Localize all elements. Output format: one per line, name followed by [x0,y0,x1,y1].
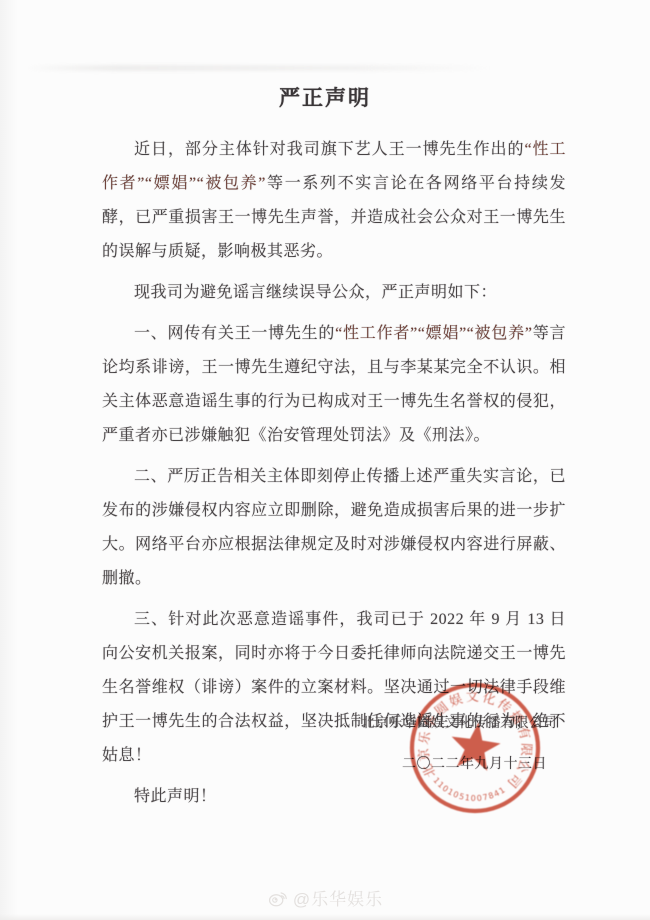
text-run: 近日，部分主体针对我司旗下艺人王一博先生作出的 [134,141,524,158]
statement-paragraph: 一、网传有关王一博先生的“性工作者”“嫖娼”“被包养”等言论均系诽谤，王一博先生… [102,317,566,453]
text-run: 一、网传有关王一博先生的 [134,325,335,342]
scan-artifact [24,66,494,70]
document-title: 严正声明 [0,84,650,112]
seal-star-icon [448,719,503,772]
watermark: @乐华娱乐 [0,885,650,910]
statement-paragraph: 近日，部分主体针对我司旗下艺人王一博先生作出的“性工作者”“嫖娼”“被包养”等一… [102,133,566,269]
statement-paragraph: 二、严厉正告相关主体即刻停止传播上述严重失实言论，已发布的涉嫌侵权内容应立即删除… [102,460,566,596]
text-run: 现我司为避免谣言继续误导公众，严正声明如下： [134,284,497,301]
text-run: 等言论均系诽谤，王一博先生遵纪守法，且与李某某完全不认识。相关主体恶意造谣生事的… [102,325,566,444]
statement-paragraph: 现我司为避免谣言继续误导公众，严正声明如下： [102,276,566,310]
statement-document: 严正声明 近日，部分主体针对我司旗下艺人王一博先生作出的“性工作者”“嫖娼”“被… [0,0,650,920]
emphasized-text: “性工作者”“嫖娼”“被包养” [335,325,532,342]
text-run: 二、严厉正告相关主体即刻停止传播上述严重失实言论，已发布的涉嫌侵权内容应立即删除… [102,468,566,587]
watermark-text: @乐华娱乐 [293,885,383,910]
weibo-logo-icon [267,887,289,909]
text-run: 特此声明！ [134,788,217,805]
company-seal-stamp: 北京乐华圆娱文化传播有限公司 1101051007841 [405,678,545,818]
